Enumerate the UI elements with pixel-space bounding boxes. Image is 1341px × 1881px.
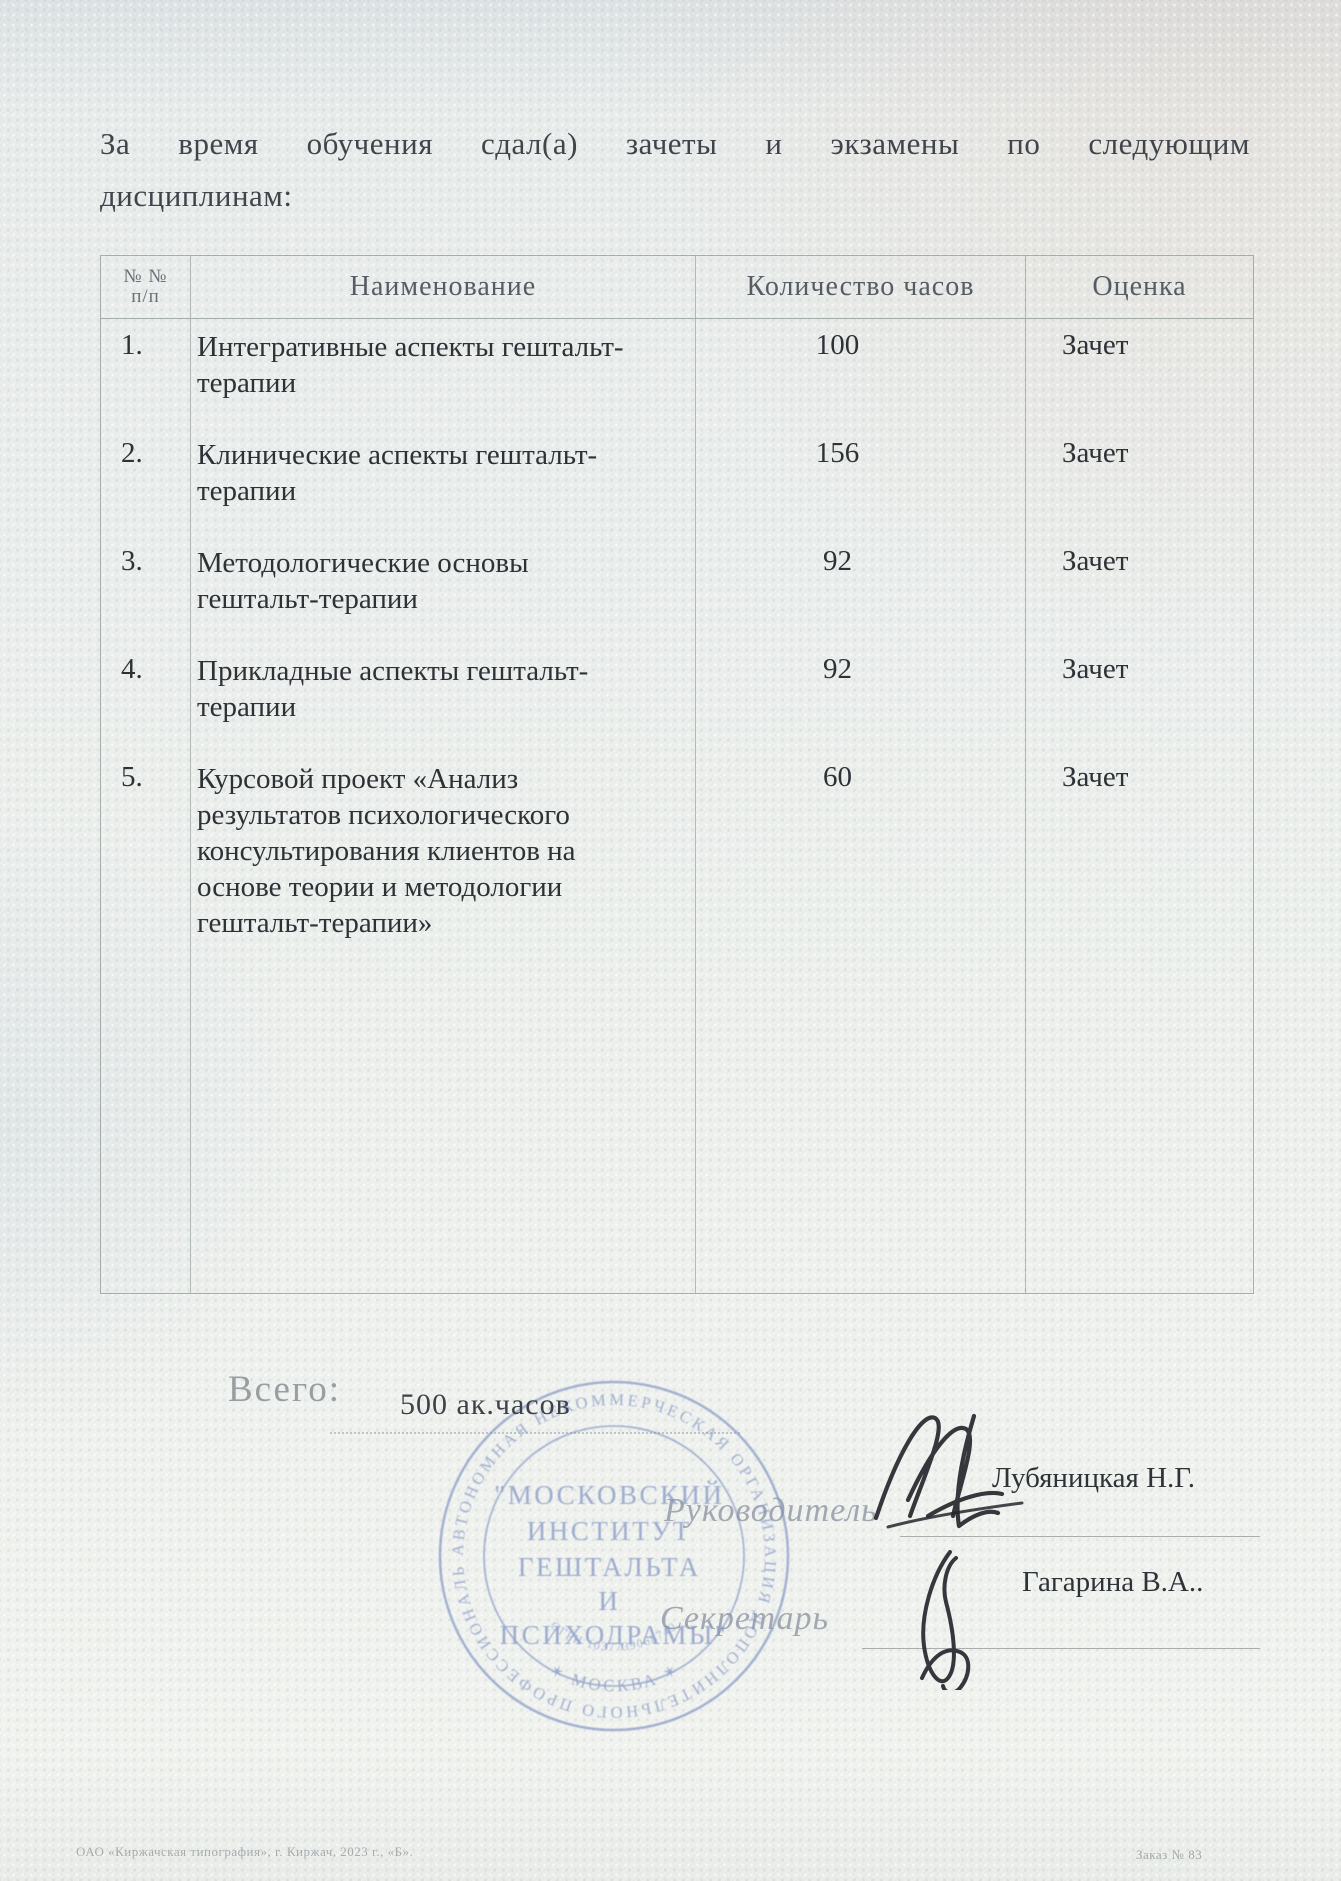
row-discipline: Прикладные аспекты гештальт-терапии	[191, 643, 696, 751]
row-number: 2.	[101, 427, 191, 535]
header-num: № № п/п	[101, 256, 191, 318]
institute-round-stamp: АВТОНОМНАЯ НЕКОММЕРЧЕСКАЯ ОРГАНИЗАЦИЯ ДО…	[430, 1372, 798, 1740]
head-signature-ink	[862, 1396, 1042, 1546]
header-num-bottom: п/п	[131, 287, 160, 307]
stamp-city-text: ✶ МОСКВА ✶	[546, 1659, 683, 1695]
order-number: Заказ № 83	[1136, 1847, 1202, 1863]
row-number: 3.	[101, 535, 191, 643]
row-hours: 156	[696, 427, 1026, 535]
row-number: 1.	[101, 319, 191, 427]
intro-line-2: дисциплинам:	[100, 170, 1250, 222]
row-hours: 60	[696, 751, 1026, 1293]
row-grade: Зачет	[1026, 319, 1253, 427]
row-discipline: Клинические аспекты гештальт-терапии	[191, 427, 696, 535]
header-num-top: № №	[123, 267, 167, 287]
secretary-signature-ink	[888, 1540, 1008, 1690]
row-hours: 92	[696, 643, 1026, 751]
table-row: 2. Клинические аспекты гештальт-терапии …	[101, 427, 1253, 535]
row-grade: Зачет	[1026, 643, 1253, 751]
row-number: 5.	[101, 751, 191, 1293]
table-header-row: № № п/п Наименование Количество часов Оц…	[101, 256, 1253, 319]
table-body: 1. Интегративные аспекты гештальт-терапи…	[101, 319, 1253, 1293]
stamp-center-text: "МОСКОВСКИЙ ИНСТИТУТ ГЕШТАЛЬТА И ПСИХОДР…	[494, 1480, 733, 1650]
intro-paragraph: За время обучения сдал(а) зачеты и экзам…	[100, 118, 1250, 222]
secretary-signature-name: Гагарина В.А..	[1022, 1566, 1203, 1599]
row-grade: Зачет	[1026, 427, 1253, 535]
disciplines-table: № № п/п Наименование Количество часов Оц…	[100, 255, 1254, 1294]
header-hours: Количество часов	[696, 256, 1026, 318]
print-house-imprint: ОАО «Киржачская типография», г. Киржач, …	[76, 1844, 413, 1860]
row-grade: Зачет	[1026, 751, 1253, 1293]
row-grade: Зачет	[1026, 535, 1253, 643]
total-label: Всего:	[228, 1368, 341, 1411]
row-discipline: Интегративные аспекты гештальт-терапии	[191, 319, 696, 427]
table-row: 1. Интегративные аспекты гештальт-терапи…	[101, 319, 1253, 427]
table-row: 3. Методологические основы гештальт-тера…	[101, 535, 1253, 643]
total-value: 500 ак.часов	[400, 1388, 571, 1422]
header-name: Наименование	[191, 256, 696, 318]
row-number: 4.	[101, 643, 191, 751]
row-discipline: Методологические основы гештальт-терапии	[191, 535, 696, 643]
row-hours: 100	[696, 319, 1026, 427]
table-row: 5. Курсовой проект «Анализ результатов п…	[101, 751, 1253, 1293]
table-row: 4. Прикладные аспекты гештальт-терапии 9…	[101, 643, 1253, 751]
row-discipline: Курсовой проект «Анализ результатов псих…	[191, 751, 696, 1293]
certificate-page: За время обучения сдал(а) зачеты и экзам…	[0, 0, 1341, 1881]
intro-line-1: За время обучения сдал(а) зачеты и экзам…	[100, 118, 1250, 170]
header-grade: Оценка	[1026, 256, 1253, 318]
row-hours: 92	[696, 535, 1026, 643]
